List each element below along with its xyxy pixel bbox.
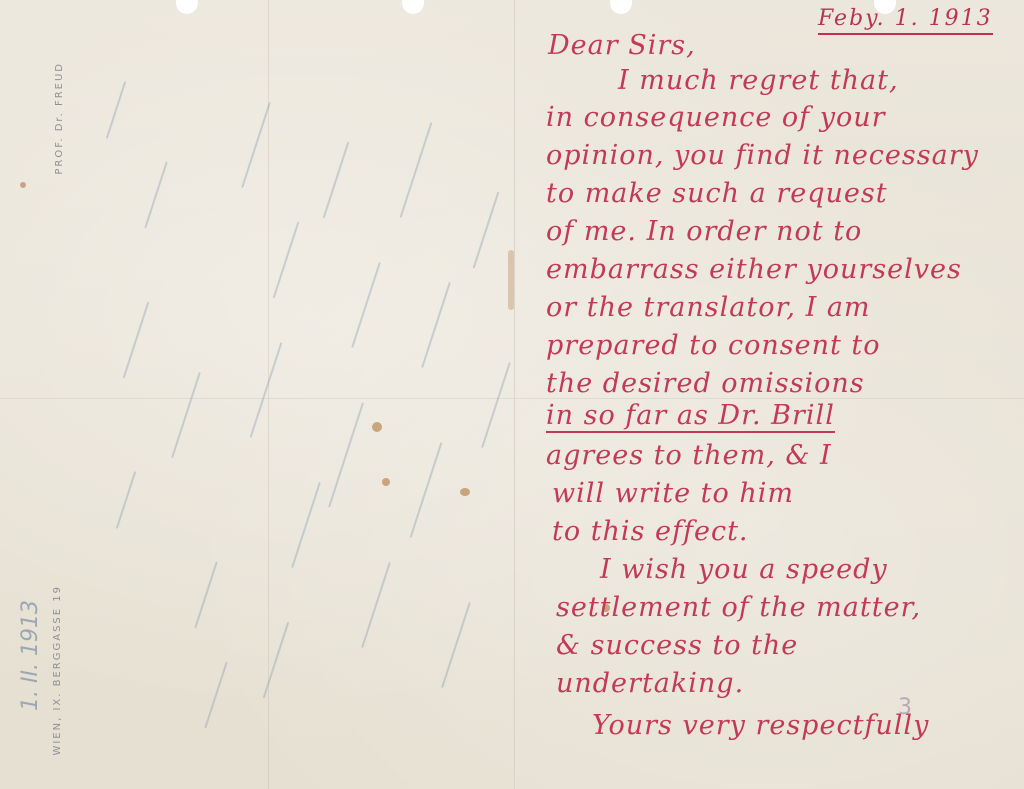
letter-paper: PROF. Dr. FREUD WIEN, IX. BERGGASSE 19 1…	[0, 0, 1024, 789]
rust-stain	[20, 182, 26, 188]
bleed-through-writing	[95, 40, 515, 760]
body-line: settlement of the matter,	[556, 592, 921, 623]
body-line: I much regret that,	[618, 65, 899, 96]
body-line: of me. In order not to	[546, 216, 862, 247]
closing: Yours very respectfully	[592, 710, 929, 741]
body-line-underlined: in so far as Dr. Brill	[546, 400, 835, 433]
rust-stain	[508, 250, 514, 310]
body-line: to make such a request	[546, 178, 888, 209]
body-line: & success to the	[556, 630, 798, 661]
body-line: opinion, you find it necessary	[546, 140, 979, 171]
letterhead-address: WIEN, IX. BERGGASSE 19	[52, 585, 63, 756]
rust-stain	[460, 488, 470, 496]
punch-hole	[402, 0, 424, 14]
body-line: will write to him	[552, 478, 794, 509]
salutation: Dear Sirs,	[548, 30, 696, 61]
punch-hole	[176, 0, 198, 14]
body-line: or the translator, I am	[546, 292, 871, 323]
body-line: undertaking.	[556, 668, 744, 699]
rust-stain	[382, 478, 390, 486]
body-line: in consequence of your	[546, 102, 886, 133]
punch-hole	[610, 0, 632, 14]
rust-stain	[372, 422, 382, 432]
pencil-mark: 3	[898, 695, 912, 720]
received-date-stamp: 1. II. 1913	[18, 600, 43, 711]
body-line: prepared to consent to	[546, 330, 881, 361]
body-line: embarrass either yourselves	[546, 254, 962, 285]
body-line: I wish you a speedy	[600, 554, 888, 585]
body-line: the desired omissions	[546, 368, 865, 399]
body-line: to this effect.	[552, 516, 749, 547]
letter-date: Feby. 1. 1913	[818, 6, 993, 35]
letterhead-name: PROF. Dr. FREUD	[54, 62, 65, 175]
body-line-underlined: agrees to them, & I	[546, 440, 832, 471]
